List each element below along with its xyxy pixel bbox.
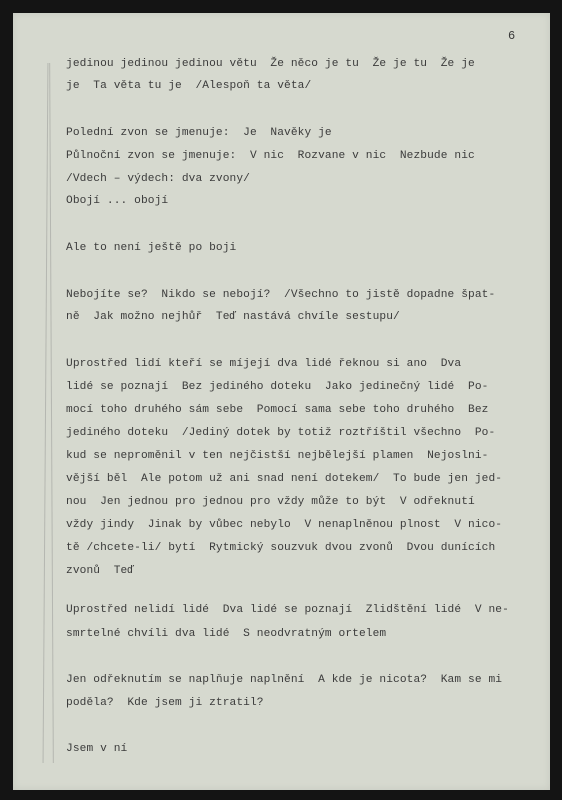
- text-line: vždy jindy Jinak by vůbec nebylo V nenap…: [66, 519, 502, 531]
- text-line: tě /chcete-li/ bytí Rytmický souzvuk dvo…: [66, 542, 495, 554]
- text-line: /Vdech – výdech: dva zvony/: [66, 173, 250, 185]
- text-line: zvonů Teď: [66, 565, 134, 577]
- text-line: smrtelné chvíli dva lidé S neodvratným o…: [66, 628, 386, 640]
- text-line: mocí toho druhého sám sebe Pomocí sama s…: [66, 404, 488, 416]
- text-line: vější běl Ale potom už ani snad není dot…: [66, 473, 502, 485]
- text-line: Polední zvon se jmenuje: Je Navěky je: [66, 127, 332, 139]
- text-line: kud se neproměnil v ten nejčistší nejběl…: [66, 450, 488, 462]
- text-line: Nebojíte se? Nikdo se nebojí? /Všechno t…: [66, 289, 495, 301]
- text-line: poděla? Kde jsem ji ztratil?: [66, 697, 264, 709]
- text-line: Jsem v ní: [66, 743, 127, 755]
- text-line: jediného doteku /Jediný dotek by totiž r…: [66, 427, 495, 439]
- text-line: Ale to není ještě po boji: [66, 242, 236, 254]
- text-line: ně Jak možno nejhůř Teď nastává chvíle s…: [66, 311, 400, 323]
- pencil-margin-line: [49, 63, 54, 763]
- text-line: Obojí ... obojí: [66, 195, 168, 207]
- text-line: lidé se poznají Bez jediného doteku Jako…: [66, 381, 488, 393]
- text-line: Jen odřeknutím se naplňuje naplnění A kd…: [66, 674, 502, 686]
- text-line: nou Jen jednou pro jednou pro vždy může …: [66, 496, 475, 508]
- text-line: jedinou jedinou jedinou větu Že něco je …: [66, 58, 475, 70]
- text-line: je Ta věta tu je /Alespoň ta věta/: [66, 80, 311, 92]
- text-line: Půlnoční zvon se jmenuje: V nic Rozvane …: [66, 150, 475, 162]
- pencil-margin-line: [43, 63, 49, 763]
- text-line: Uprostřed nelidí lidé Dva lidé se poznaj…: [66, 604, 509, 616]
- page-number: 6: [508, 29, 515, 43]
- text-line: Uprostřed lidí kteří se míjejí dva lidé …: [66, 358, 461, 370]
